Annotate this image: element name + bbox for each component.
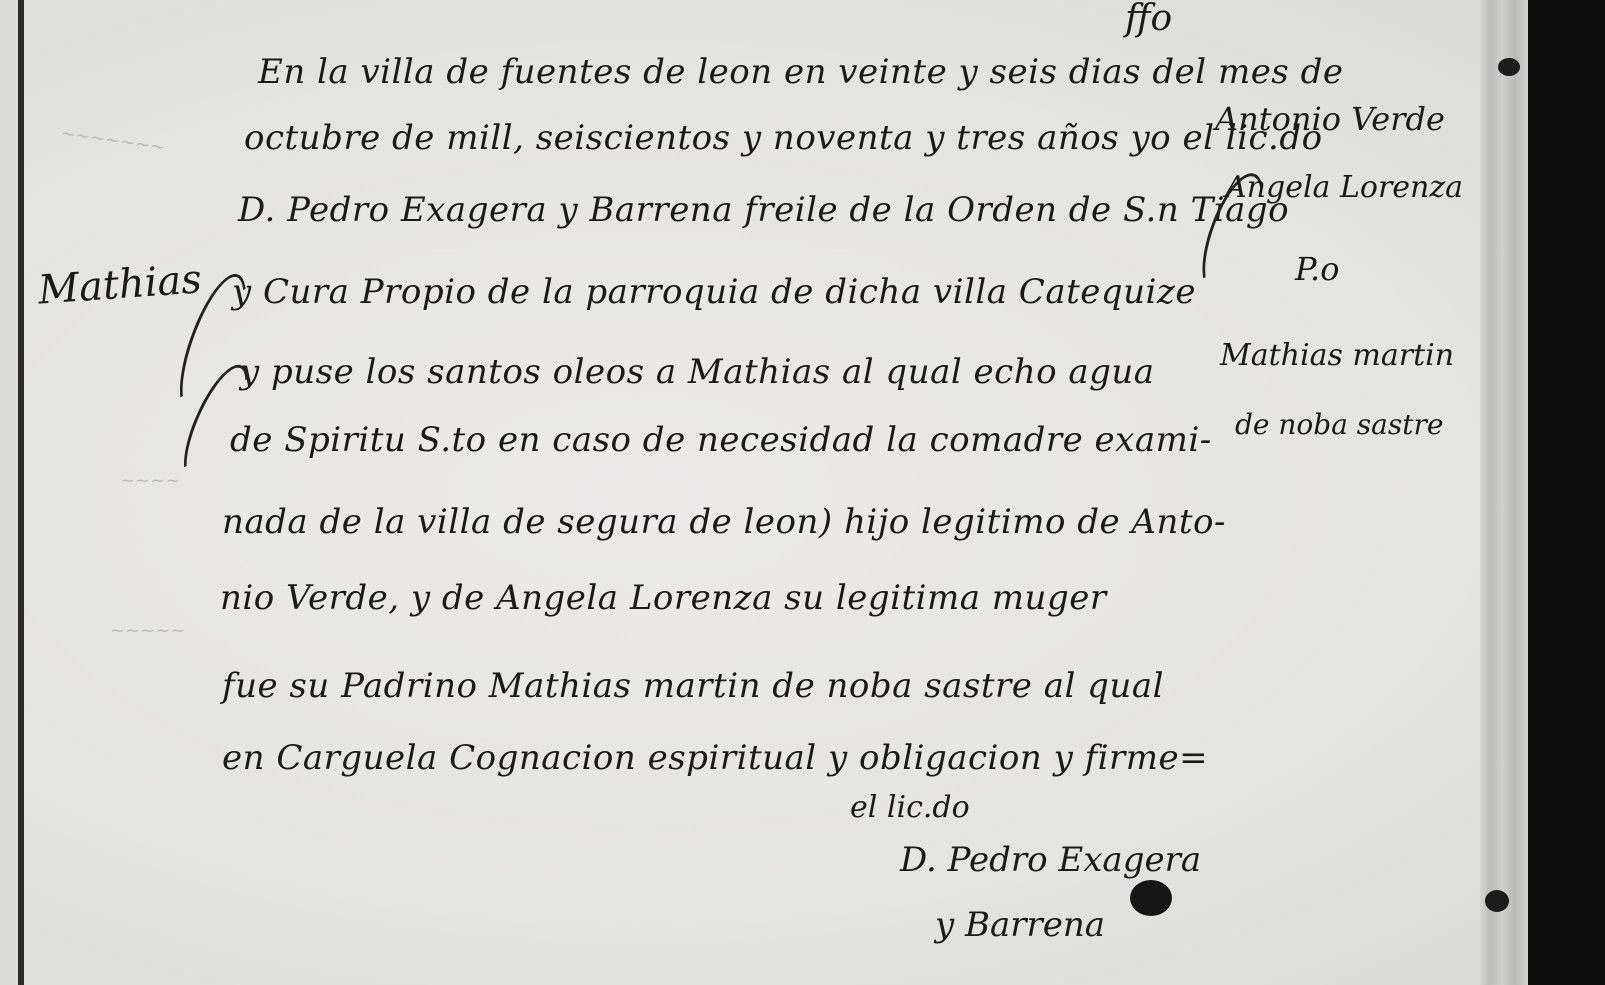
bleed-through-text: ~~~~~ [110,620,185,641]
margin-name: Mathias [37,256,204,313]
body-line-8: nio Verde, y de Angela Lorenza su legiti… [220,578,1107,618]
signature-name-2: y Barrena [935,905,1105,945]
body-line-9: fue su Padrino Mathias martin de noba sa… [222,666,1164,706]
ink-blot [1485,890,1509,912]
left-page-edge [0,0,18,985]
signature-title: el lic.do [850,790,970,825]
bleed-through-text: ~~~~~~~ [59,123,166,158]
document-page: ~~~~~~~ ~~~~ ~~~~~ ffo Mathias En la vil… [0,0,1605,985]
binding-gutter [1480,0,1530,985]
body-line-3: D. Pedro Exagera y Barrena freile de la … [238,190,1289,230]
body-line-5: y puse los santos oleos a Mathias al qua… [240,352,1155,392]
ink-blot [1130,880,1172,916]
body-line-1: En la villa de fuentes de leon en veinte… [258,52,1343,92]
body-line-4: y Cura Propio de la parroquia de dicha v… [232,272,1196,312]
body-line-7: nada de la villa de segura de leon) hijo… [222,502,1226,542]
margin-godparent-abbrev: P.o [1295,250,1339,288]
body-line-6: de Spiritu S.to en caso de necesidad la … [230,420,1212,460]
margin-godparent-name: Mathias martin [1220,338,1454,373]
scan-border [1528,0,1605,985]
header-fragment: ffo [1125,0,1172,39]
margin-father: Antonio Verde [1215,100,1445,138]
body-line-10: en Carguela Cognacion espiritual y oblig… [222,738,1208,778]
margin-mother: Angela Lorenza [1225,170,1463,205]
bleed-through-text: ~~~~ [120,470,180,491]
ink-blot [1498,58,1520,76]
signature-name-1: D. Pedro Exagera [900,840,1201,880]
margin-godparent-note: de noba sastre [1235,408,1443,441]
margin-rule [18,0,24,985]
body-line-2: octubre de mill, seiscientos y noventa y… [244,118,1323,158]
